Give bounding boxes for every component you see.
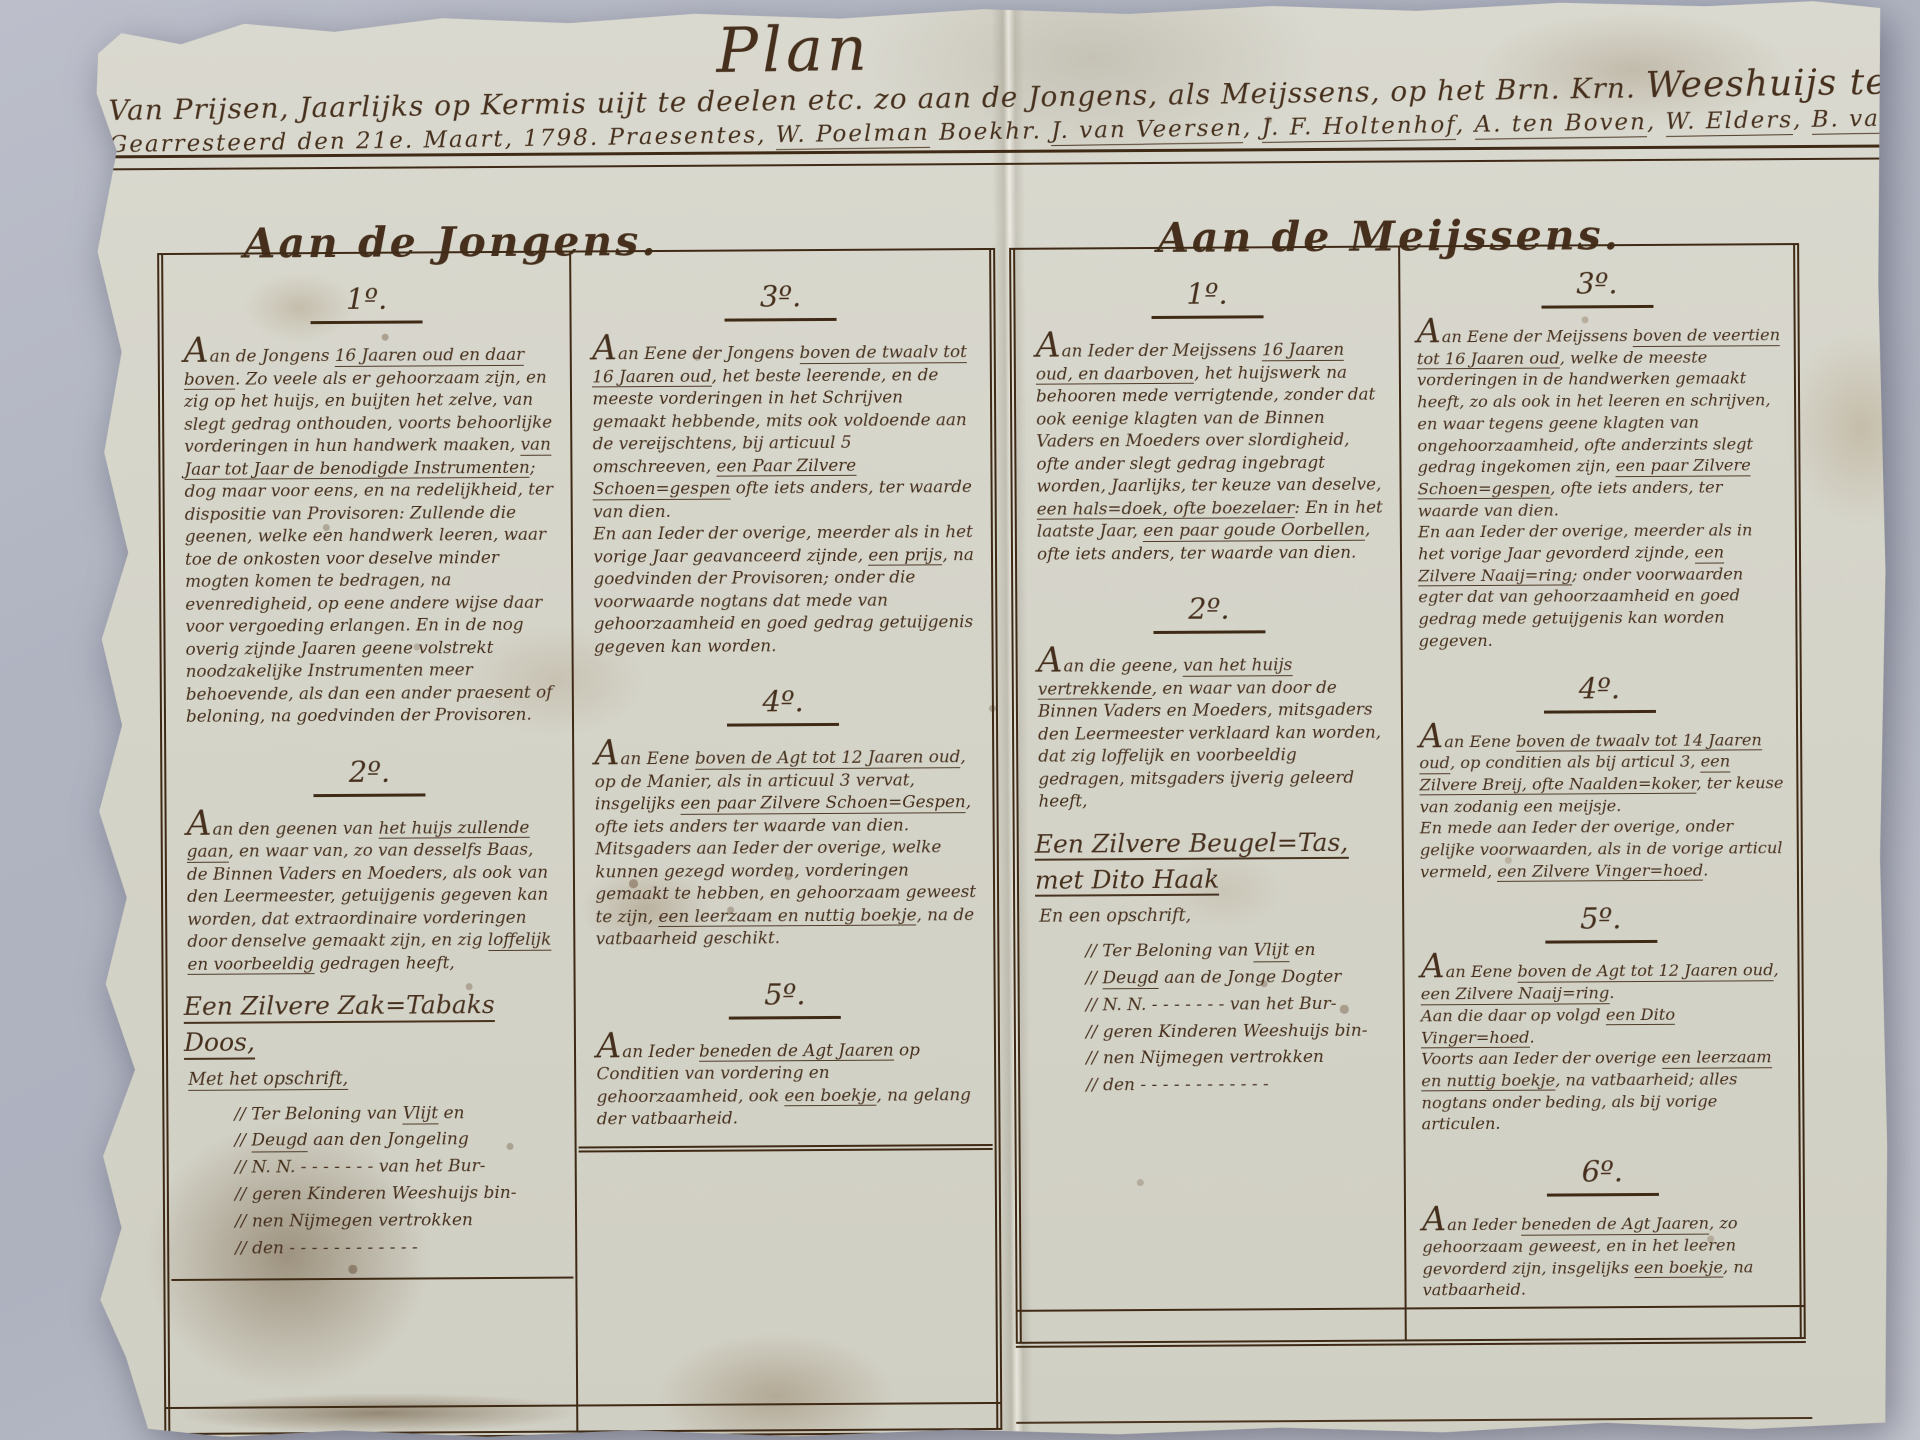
document-sheet-wrap: Plan Van Prijsen, Jaarlijks op Kermis ui…	[82, 0, 1895, 1440]
prize-line: Een Zilvere Beugel=Tas,met Dito Haak	[1035, 824, 1395, 899]
section-body: Aan de Jongens 16 Jaaren oud en daar bov…	[184, 337, 557, 728]
column-end-rule	[579, 1143, 993, 1152]
section-girls-1: 1º. Aan Ieder der Meijssens 16 Jaaren ou…	[1015, 275, 1400, 564]
section-boys-2: 2º. Aan den geenen van het huijs zullend…	[166, 753, 576, 1281]
document-header: Plan Van Prijsen, Jaarlijks op Kermis ui…	[107, 1, 1871, 158]
section-girls-3: 3º. Aan Eene der Meijssens boven de veer…	[1400, 265, 1795, 652]
page-girls: Aan de Meijssens. 1º. Aan Ieder der Meij…	[1009, 163, 1806, 1348]
section-body: Aan Eene boven de Agt tot 12 Jaaren oud,…	[1421, 953, 1787, 1136]
section-body: Aan Ieder beneden de Agt Jaaren op Condi…	[596, 1032, 978, 1130]
photo-background: Plan Van Prijsen, Jaarlijks op Kermis ui…	[0, 0, 1920, 1440]
section-number: 4º.	[727, 684, 839, 727]
page-boys: Aan de Jongens. 1º. Aan de Jongens 16 Ja…	[157, 168, 1003, 1439]
section-body: Aan Ieder beneden de Agt Jaaren, zo geho…	[1422, 1205, 1787, 1301]
section-number: 3º.	[1541, 266, 1653, 309]
section-body: Aan Eene der Jongens boven de twaalv tot…	[592, 334, 976, 657]
page-box-girls: 1º. Aan Ieder der Meijssens 16 Jaaren ou…	[1009, 243, 1806, 1348]
inscription-lead-in: Met het opschrift,	[188, 1067, 559, 1089]
section-body: Aan Eene boven de twaalv tot 14 Jaaren o…	[1419, 722, 1785, 883]
section-boys-1: 1º. Aan de Jongens 16 Jaaren oud en daar…	[163, 281, 572, 728]
section-body: Aan die geene, van het huijs vertrekkend…	[1038, 647, 1386, 813]
section-girls-6: 6º. Aan Ieder beneden de Agt Jaaren, zo …	[1406, 1153, 1800, 1301]
paper-stain-specks	[82, 8, 85, 11]
section-girls-2: 2º. Aan die geene, van het huijs vertrek…	[1017, 590, 1403, 1099]
section-number: 6º.	[1546, 1154, 1658, 1197]
section-boys-4: 4º. Aan Eene boven de Agt tot 12 Jaaren …	[574, 683, 993, 950]
section-number: 2º.	[1153, 591, 1265, 634]
sheet-bottom-rule	[1016, 1431, 1812, 1438]
inscription-text: // Ter Beloning van Vlijt en// Deugd aan…	[1085, 937, 1395, 1100]
section-number: 4º.	[1543, 670, 1655, 713]
section-number: 1º.	[311, 281, 423, 324]
section-body: Aan Ieder der Meijssens 16 Jaaren oud, e…	[1036, 332, 1385, 565]
girls-column-2: 3º. Aan Eene der Meijssens boven de veer…	[1400, 245, 1806, 1339]
subtitle-emphasis: Weeshuijs te Nijmegen.	[1645, 59, 1920, 107]
section-number: 1º.	[1151, 276, 1263, 319]
sheet-bottom-rule	[1016, 1417, 1812, 1424]
girls-column-1: 1º. Aan Ieder der Meijssens 16 Jaaren ou…	[1009, 247, 1407, 1341]
section-body: Aan Eene boven de Agt tot 12 Jaaren oud,…	[595, 739, 978, 950]
section-number: 3º.	[725, 279, 837, 322]
section-body: Aan Eene der Meijssens boven de veertien…	[1417, 317, 1784, 652]
inscription-text: // Ter Beloning van Vlijt en// Deugd aan…	[234, 1099, 567, 1262]
section-number: 2º.	[313, 754, 425, 797]
document-sheet: Plan Van Prijsen, Jaarlijks op Kermis ui…	[82, 0, 1895, 1440]
section-girls-4: 4º. Aan Eene boven de twaalv tot 14 Jaar…	[1403, 670, 1797, 883]
section-number: 5º.	[1545, 901, 1657, 944]
boys-column-2: 3º. Aan Eene der Jongens boven de twaalv…	[572, 250, 1003, 1431]
section-number: 5º.	[729, 976, 841, 1019]
section-boys-3: 3º. Aan Eene der Jongens boven de twaalv…	[572, 278, 992, 658]
column-end-rule	[171, 1276, 573, 1280]
inscription-lead-in: En een opschrift,	[1039, 905, 1386, 927]
section-boys-5: 5º. Aan Ieder beneden de Agt Jaaren op C…	[576, 975, 995, 1152]
prize-line: Een Zilvere Zak=Tabaks Doos,	[184, 987, 567, 1062]
page-box-boys: 1º. Aan de Jongens 16 Jaaren oud en daar…	[157, 248, 1002, 1439]
section-girls-5: 5º. Aan Eene boven de Agt tot 12 Jaaren …	[1404, 901, 1798, 1136]
section-body: Aan den geenen van het huijs zullende ga…	[187, 809, 558, 975]
boys-column-1: 1º. Aan de Jongens 16 Jaaren oud en daar…	[157, 253, 579, 1434]
